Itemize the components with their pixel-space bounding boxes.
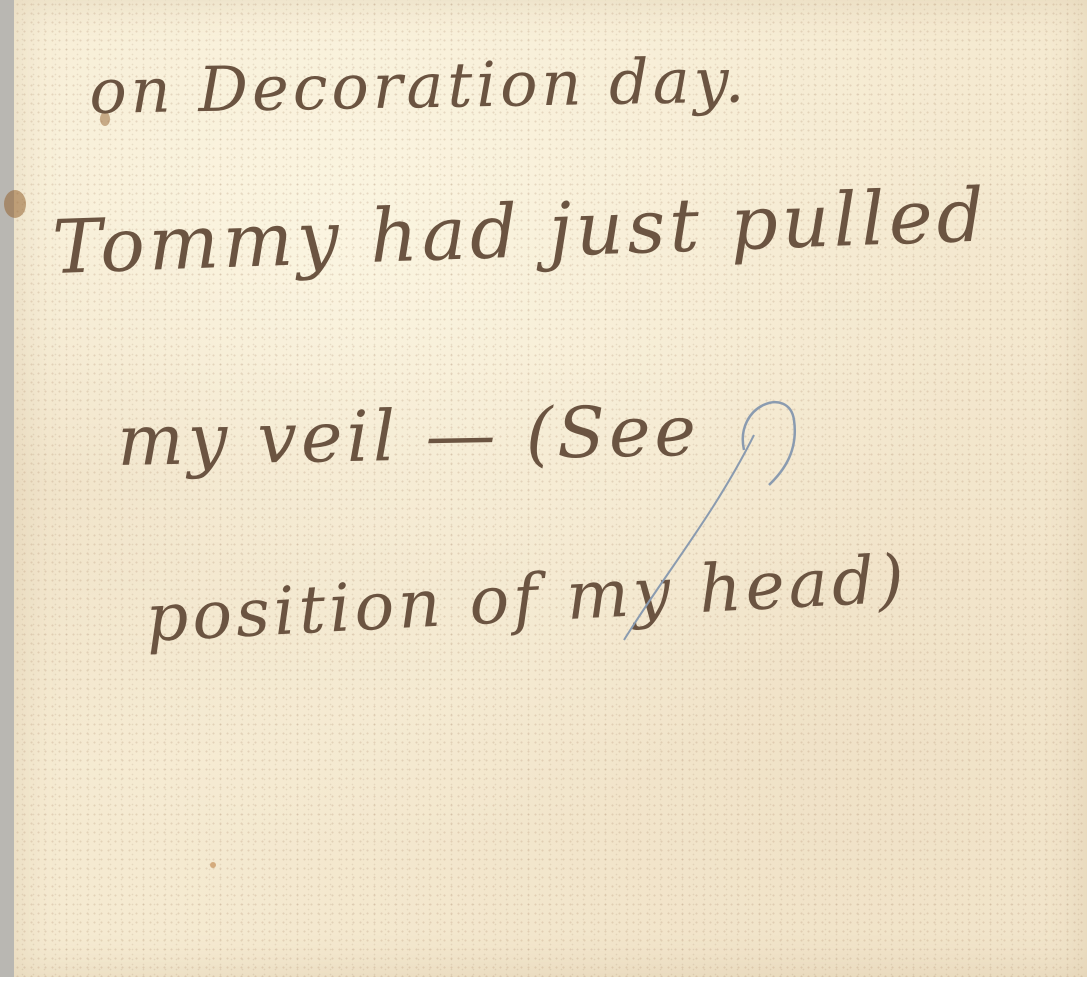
- ink-stain: [4, 190, 26, 218]
- handwritten-line-2: Tommy had just pulled: [51, 172, 989, 291]
- blue-pencil-mark: [594, 375, 814, 655]
- handwritten-line-1: on Decoration day.: [89, 44, 749, 128]
- scan-bottom-edge: [0, 977, 1087, 981]
- paper-sheet: on Decoration day. Tommy had just pulled…: [14, 0, 1087, 977]
- ink-dot: [210, 862, 216, 868]
